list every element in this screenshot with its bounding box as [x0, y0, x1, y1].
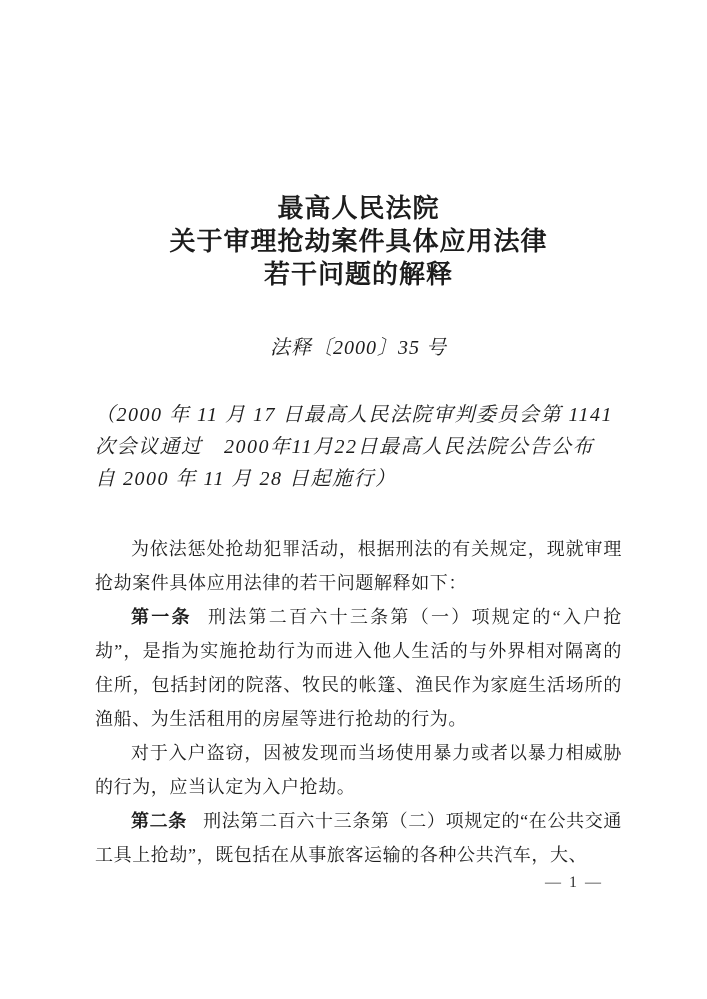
page-content: 最高人民法院 关于审理抢劫案件具体应用法律 若干问题的解释 法释〔2000〕35…: [95, 0, 622, 872]
document-page: 最高人民法院 关于审理抢劫案件具体应用法律 若干问题的解释 法释〔2000〕35…: [0, 0, 707, 999]
title-line-1: 最高人民法院: [95, 192, 622, 225]
title-line-2: 关于审理抢劫案件具体应用法律: [95, 225, 622, 258]
body-paragraph-article-2: 第二条刑法第二百六十三条第（二）项规定的“在公共交通工具上抢劫”，既包括在从事旅…: [95, 804, 622, 872]
article-2-lead: 第二条: [131, 811, 187, 831]
promulgation-note-line-1: （2000 年 11 月 17 日最高人民法院审判委员会第 1141: [95, 399, 622, 431]
document-title: 最高人民法院 关于审理抢劫案件具体应用法律 若干问题的解释: [95, 192, 622, 291]
promulgation-note-line-3: 自 2000 年 11 月 28 日起施行）: [95, 463, 622, 495]
article-1-lead: 第一条: [131, 607, 192, 627]
paragraph-text: 对于入户盗窃，因被发现而当场使用暴力或者以暴力相威胁的行为，应当认定为入户抢劫。: [95, 743, 622, 797]
promulgation-note-line-2: 次会议通过 2000年11月22日最高人民法院公告公布: [95, 431, 622, 463]
document-body: 为依法惩处抢劫犯罪活动，根据刑法的有关规定，现就审理抢劫案件具体应用法律的若干问…: [95, 532, 622, 872]
page-number: — 1 —: [545, 874, 603, 892]
body-paragraph-article-1: 第一条刑法第二百六十三条第（一）项规定的“入户抢劫”，是指为实施抢劫行为而进入他…: [95, 600, 622, 736]
promulgation-note: （2000 年 11 月 17 日最高人民法院审判委员会第 1141 次会议通过…: [95, 399, 622, 495]
title-line-3: 若干问题的解释: [95, 258, 622, 291]
paragraph-text: 为依法惩处抢劫犯罪活动，根据刑法的有关规定，现就审理抢劫案件具体应用法律的若干问…: [95, 539, 622, 593]
body-paragraph-intro: 为依法惩处抢劫犯罪活动，根据刑法的有关规定，现就审理抢劫案件具体应用法律的若干问…: [95, 532, 622, 600]
document-number: 法释〔2000〕35 号: [95, 331, 622, 360]
body-paragraph-article-1-sub: 对于入户盗窃，因被发现而当场使用暴力或者以暴力相威胁的行为，应当认定为入户抢劫。: [95, 736, 622, 804]
